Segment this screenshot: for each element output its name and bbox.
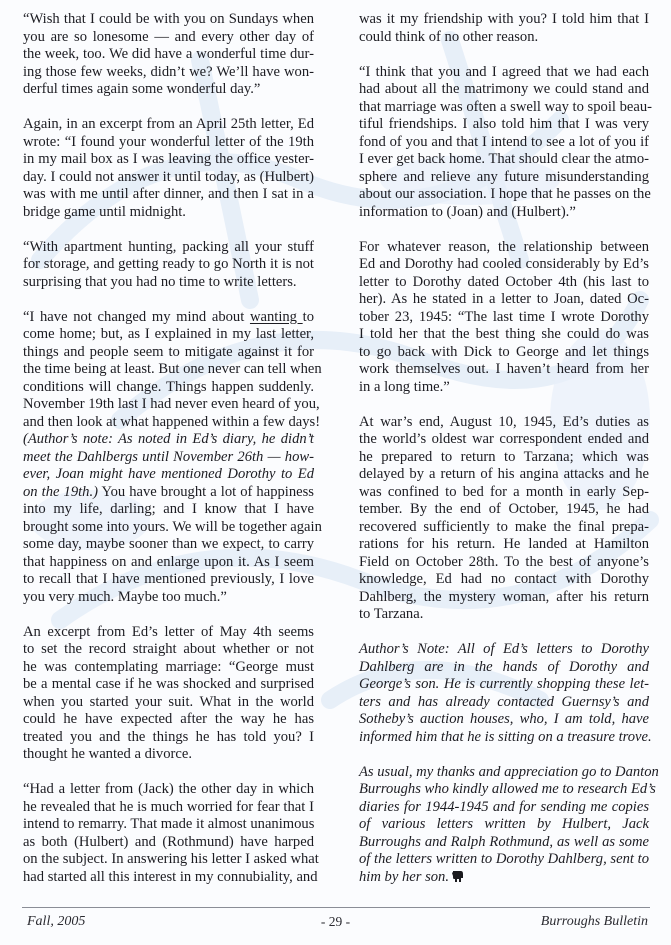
text-line: Field on October 28th. To the best of an…	[359, 554, 649, 572]
text-line: to set the record straight about whether…	[23, 641, 314, 659]
text-line: Author’s Note: All of Ed’s letters to Do…	[359, 641, 649, 659]
text-line: had started all this interest in my conn…	[23, 869, 314, 887]
text-line: and then look at what happened within a …	[23, 414, 314, 432]
text-line: that happiness on and enlarge upon it. A…	[23, 554, 314, 572]
text-line: brought some into yours. We will be toge…	[23, 519, 314, 537]
text-fragment: to	[303, 309, 314, 325]
text-line: treated you and the things he has told y…	[23, 729, 314, 747]
text-line: surprising that you had no time to write…	[23, 274, 314, 292]
text-line: for storage, and getting ready to go Nor…	[23, 256, 314, 274]
text-line: informed him that he is sitting on a tre…	[359, 729, 649, 747]
text-line: you very much. Maybe too much.”	[23, 589, 314, 607]
text-line: he was contemplating marriage: “George m…	[23, 659, 314, 677]
left-column: “Wish that I could be with you on Sunday…	[23, 11, 314, 904]
paragraph-april-25-excerpt: Again, in an excerpt from an April 25th …	[23, 116, 314, 221]
text-line: Again, in an excerpt from an April 25th …	[23, 116, 314, 134]
text-line: “With apartment hunting, packing all you…	[23, 239, 314, 257]
footer-publication: Burroughs Bulletin	[541, 914, 648, 930]
text-line: some day, maybe sooner than we expect, t…	[23, 536, 314, 554]
text-line: fond of you and that I intend to see a l…	[359, 134, 649, 152]
text-line: in my mail box as I was leaving the offi…	[23, 151, 314, 169]
elephant-end-mark-icon	[452, 870, 463, 883]
text-fragment: You have brought a lot of happiness	[98, 484, 314, 500]
text-line: the time being at least. But one never c…	[23, 361, 314, 379]
text-line: was with me until after dinner, and then…	[23, 186, 314, 204]
text-line: “Wish that I could be with you on Sunday…	[23, 11, 314, 29]
text-line: in a long time.”	[359, 379, 649, 397]
text-line: derful times again some wonderful day.”	[23, 81, 314, 99]
text-line: come home; but, as I explained in my las…	[23, 326, 314, 344]
text-line: Burroughs who kindly allowed me to resea…	[359, 781, 649, 799]
text-line: letter to Dorothy dated October 4th (his…	[359, 274, 649, 292]
text-line: tober 23, 1945: “The last time I wrote D…	[359, 309, 649, 327]
text-line: tiful friendships. I also told him that …	[359, 116, 649, 134]
text-line: could he have expected after the way he …	[23, 711, 314, 729]
text-line: her). As he stated in a letter to Joan, …	[359, 291, 649, 309]
text-line: into my life, darling; and I know that I…	[23, 501, 314, 519]
text-line: sphere and relieve any future misunderst…	[359, 169, 649, 187]
text-line: Sotheby’s auction houses, who, I am told…	[359, 711, 649, 729]
paragraph-letter-from-jack: “Had a letter from (Jack) the other day …	[23, 781, 314, 886]
text-line: Dahlberg are in the hands of Dorothy and	[359, 659, 649, 677]
text-line: Burroughs and Ralph Rothmund, as well as…	[359, 834, 649, 852]
text-line: bridge game until midnight.	[23, 204, 314, 222]
text-line: about our association. I hope that he pa…	[359, 186, 649, 204]
text-line: the week, too. We did have a wonderful t…	[23, 46, 314, 64]
text-line: to Tarzana.	[359, 606, 649, 624]
text-line: ing those few weeks, didn’t we? We’ll ha…	[23, 64, 314, 82]
text-line: him by her son.	[359, 869, 649, 887]
paragraph-wanting-to-come-home: “I have not changed my mind about wantin…	[23, 309, 314, 607]
text-line: was confined to bed for a month in early…	[359, 484, 649, 502]
text-line: I told her that the best thing she could…	[359, 326, 649, 344]
magazine-page: “Wish that I could be with you on Sunday…	[0, 0, 671, 945]
underlined-word: wanting	[250, 309, 303, 325]
text-line: that marriage was often a swell way to s…	[359, 99, 649, 117]
text-line: intend to remarry. That made it almost u…	[23, 816, 314, 834]
text-line: to go back with Dick to George and let t…	[359, 344, 649, 362]
text-line: An excerpt from Ed’s letter of May 4th s…	[23, 624, 314, 642]
text-line: tember. By the end of October, 1945, he …	[359, 501, 649, 519]
text-line: knowledge, Ed had no contact with Doroth…	[359, 571, 649, 589]
text-line: on the subject. In answering his letter …	[23, 851, 314, 869]
author-note-line: (Author’s note: As noted in Ed’s diary, …	[23, 431, 314, 449]
paragraph-wars-end: At war’s end, August 10, 1945, Ed’s duti…	[359, 414, 649, 624]
text-line: on the 19th.) You have brought a lot of …	[23, 484, 314, 502]
text-line: November 19th last I had never even hear…	[23, 396, 314, 414]
text-line: when you started your suit. What in the …	[23, 694, 314, 712]
paragraph-author-note-letters: Author’s Note: All of Ed’s letters to Do…	[359, 641, 649, 746]
text-line: wrote: “I found your wonderful letter of…	[23, 134, 314, 152]
text-line: be a mental case if he was shocked and s…	[23, 676, 314, 694]
text-line: “I think that you and I agreed that we h…	[359, 64, 649, 82]
author-note-fragment: on the 19th.)	[23, 484, 98, 500]
text-line: ters and has already contacted Guernsy’s…	[359, 694, 649, 712]
text-fragment: “I have not changed my mind about	[23, 309, 250, 325]
text-line: was it my friendship with you? I told hi…	[359, 11, 649, 29]
text-line: of various letters written by Hulbert, J…	[359, 816, 649, 834]
text-line: As usual, my thanks and appreciation go …	[359, 764, 649, 782]
text-line: At war’s end, August 10, 1945, Ed’s duti…	[359, 414, 649, 432]
right-column: was it my friendship with you? I told hi…	[359, 11, 649, 904]
text-line: For whatever reason, the relationship be…	[359, 239, 649, 257]
text-line: you are so lonesome — and every other da…	[23, 29, 314, 47]
text-line: recovered sufficiently to make the final…	[359, 519, 649, 537]
text-line: as both (Hulbert) and (Rothmund) have ha…	[23, 834, 314, 852]
text-line: he prepared to return to Tarzana; which …	[359, 449, 649, 467]
text-line: thought he wanted a divorce.	[23, 746, 314, 764]
author-note-line: meet the Dahlbergs until November 26th —…	[23, 449, 314, 467]
text-line: I ever get back home. That should clear …	[359, 151, 649, 169]
text-line: to recall that I have mentioned previous…	[23, 571, 314, 589]
text-line: of the letters written to Dorothy Dahlbe…	[359, 851, 649, 869]
paragraph-may-4-excerpt: An excerpt from Ed’s letter of May 4th s…	[23, 624, 314, 764]
text-line: rations for his return. He landed at Ham…	[359, 536, 649, 554]
text-line: conditions will change. Things happen su…	[23, 379, 314, 397]
text-line: delayed by a return of his angina attack…	[359, 466, 649, 484]
paragraph-apartment-hunting: “With apartment hunting, packing all you…	[23, 239, 314, 292]
text-line: “I have not changed my mind about wantin…	[23, 309, 314, 327]
author-note-line: ever, Joan might have mentioned Dorothy …	[23, 466, 314, 484]
paragraph-friendship-continued: was it my friendship with you? I told hi…	[359, 11, 649, 46]
paragraph-acknowledgements: As usual, my thanks and appreciation go …	[359, 764, 649, 887]
text-line: could think of no other reason.	[359, 29, 649, 47]
text-line: “Had a letter from (Jack) the other day …	[23, 781, 314, 799]
paragraph-wish-letter: “Wish that I could be with you on Sunday…	[23, 11, 314, 99]
text-fragment: him by her son.	[359, 869, 449, 885]
text-line: George’s son. He is currently shopping t…	[359, 676, 649, 694]
paragraph-matrimony: “I think that you and I agreed that we h…	[359, 64, 649, 222]
text-line: Ed and Dorothy had cooled considerably b…	[359, 256, 649, 274]
text-line: Dahlberg, the mystery woman, after his r…	[359, 589, 649, 607]
text-line: diaries for 1944-1945 and for sending me…	[359, 799, 649, 817]
footer-divider	[22, 907, 650, 908]
text-line: the world’s oldest war correspondent end…	[359, 431, 649, 449]
text-line: work themselves out. I haven’t heard fro…	[359, 361, 649, 379]
text-line: had about all the matrimony we could sta…	[359, 81, 649, 99]
text-line: things and people seem to mitigate again…	[23, 344, 314, 362]
text-line: day. I could not answer it until today, …	[23, 169, 314, 187]
paragraph-relationship-cooled: For whatever reason, the relationship be…	[359, 239, 649, 397]
text-line: information to (Joan) and (Hulbert).”	[359, 204, 649, 222]
text-line: he revealed that he is much worried for …	[23, 799, 314, 817]
